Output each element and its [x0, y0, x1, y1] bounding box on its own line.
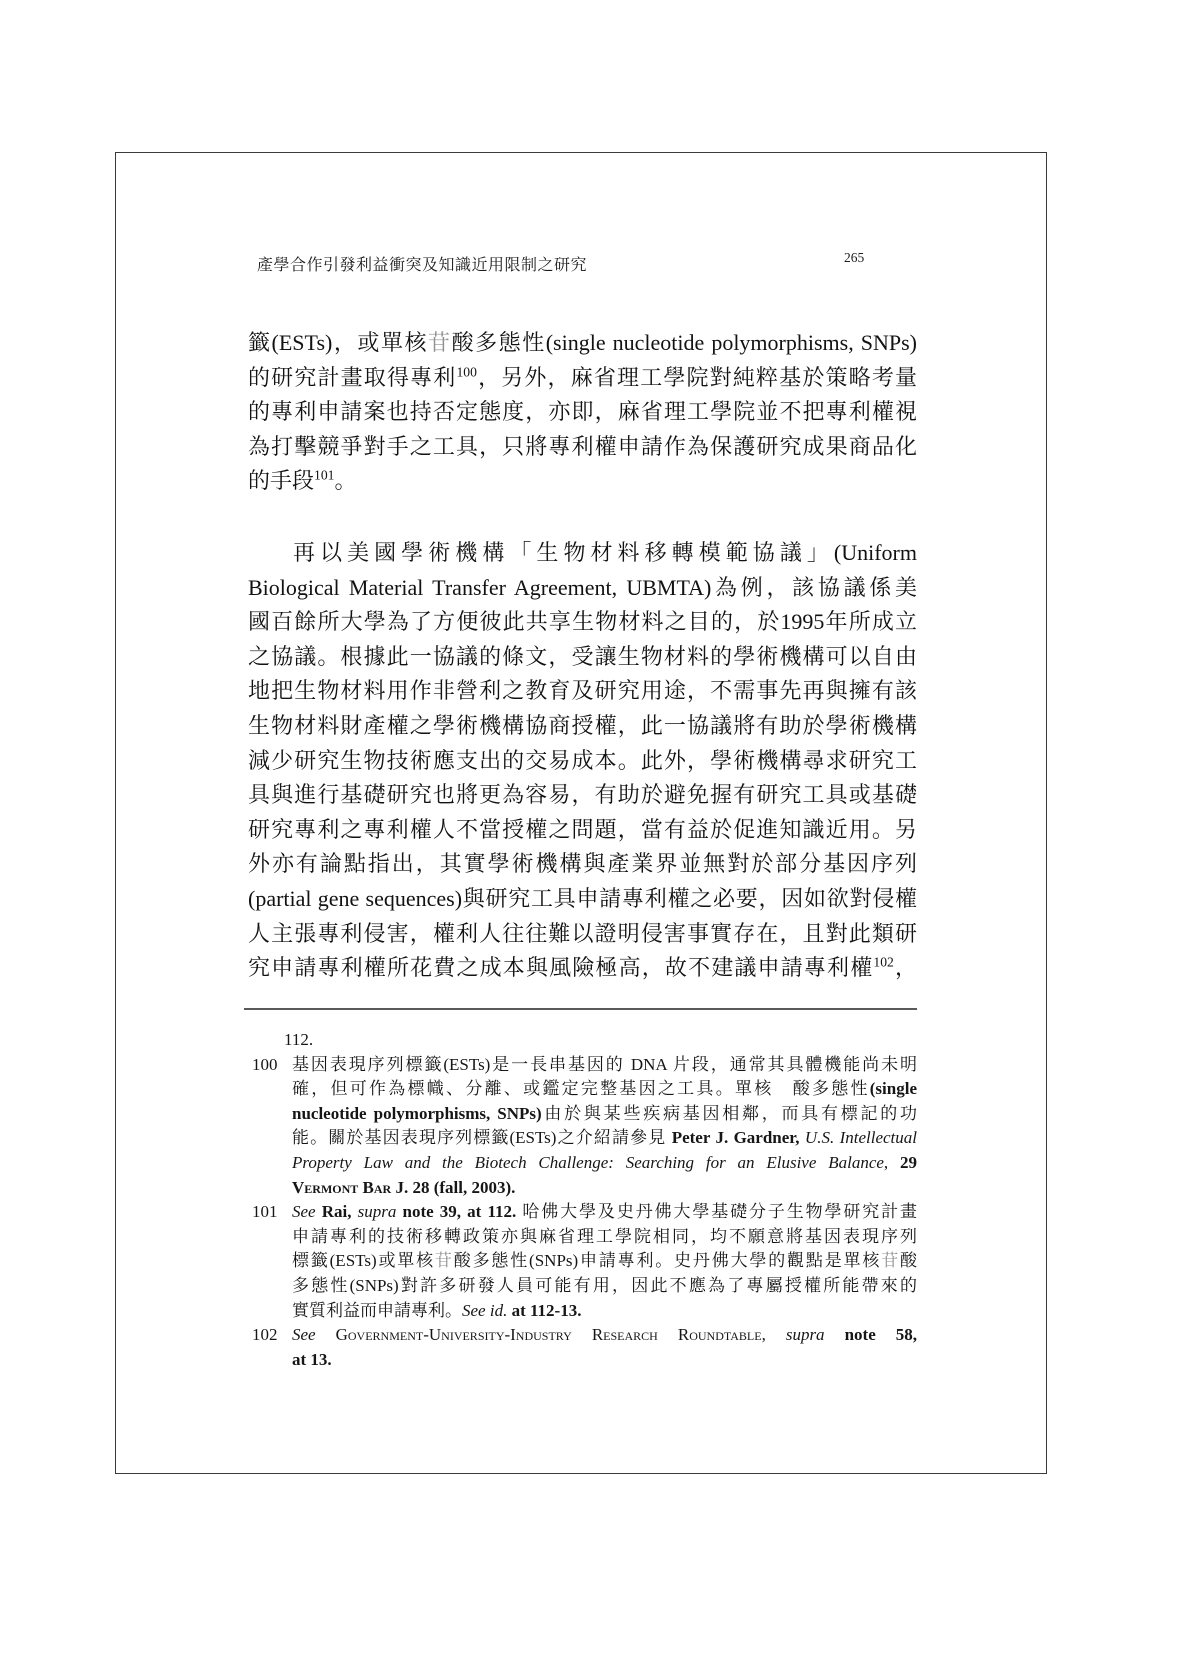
italic-text: supra: [358, 1202, 403, 1221]
text-segment: 籤(ESTs)，或單核: [248, 330, 428, 355]
body-line: 的手段101。: [248, 464, 917, 499]
small-caps-text: Government-University-Industry Research …: [336, 1325, 762, 1344]
body-line: 減少研究生物技術應支出的交易成本。此外，學術機構尋求研究工: [248, 744, 917, 779]
footnote-continuation: 112.: [252, 1028, 917, 1053]
faint-glyph: 苷: [428, 330, 452, 355]
footnote-line: 能。關於基因表現序列標籤(ESTs)之介紹請參見 Peter J. Gardne…: [292, 1126, 917, 1151]
bold-text: 28 (fall, 2003).: [408, 1178, 515, 1197]
bold-text: (single: [870, 1079, 917, 1098]
text-segment: 申請專利的技術移轉政策亦與麻省理工學院相同，均不願意將基因表現序列: [292, 1227, 917, 1246]
body-line: 的專利申請案也持否定態度，亦即，麻省理工學院並不把專利權視: [248, 395, 917, 430]
footnote-line: 多態性(SNPs)對許多研發人員可能有用，因此不應為了專屬授權所能帶來的: [292, 1274, 917, 1299]
text-segment: 人主張專利侵害，權利人往往難以證明侵害事實存在，且對此類研: [248, 921, 917, 946]
body-line: 研究專利之專利權人不當授權之問題，當有益於促進知識近用。另: [248, 813, 917, 848]
body-line: Biological Material Transfer Agreement, …: [248, 571, 917, 606]
text-segment: ,: [762, 1325, 786, 1344]
faint-glyph: 苷: [435, 1251, 454, 1270]
footnote-line: See Rai, supra note 39, at 112. 哈佛大學及史丹佛…: [292, 1200, 917, 1225]
text-segment: 多態性(SNPs)對許多研發人員可能有用，因此不應為了專屬授權所能帶來的: [292, 1276, 917, 1295]
text-segment: 的專利申請案也持否定態度，亦即，麻省理工學院並不把專利權視: [248, 399, 917, 424]
text-segment: 標籤(ESTs)或單核: [292, 1251, 435, 1270]
bold-text: at 13.: [292, 1350, 332, 1369]
text-segment: 之協議。根據此一協議的條文，受讓生物材料的學術機構可以自由: [248, 644, 917, 669]
text-segment: ，: [894, 955, 917, 980]
body-paragraph-2: 再以美國學術機構「生物材料移轉模範協議」(UniformBiological M…: [248, 536, 917, 986]
text-segment: 基因表現序列標籤(ESTs)是一長串基因的 DNA 片段，通常其具體機能尚未明: [292, 1055, 917, 1074]
footnote-number: 101: [252, 1200, 292, 1323]
bold-text: at 112-13.: [512, 1301, 582, 1320]
footnote-line: See Government-University-Industry Resea…: [292, 1323, 917, 1348]
body-line: 具與進行基礎研究也將更為容易，有助於避免握有研究工具或基礎: [248, 778, 917, 813]
text-segment: (partial gene sequences)與研究工具申請專利權之必要，因如…: [248, 886, 917, 911]
bold-text: Peter J. Gardner,: [672, 1128, 805, 1147]
footnote-text: See Rai, supra note 39, at 112. 哈佛大學及史丹佛…: [292, 1200, 917, 1323]
footnote-100: 100 基因表現序列標籤(ESTs)是一長串基因的 DNA 片段，通常其具體機能…: [252, 1053, 917, 1201]
footnote-102: 102 See Government-University-Industry R…: [252, 1323, 917, 1372]
footnote-ref: 102: [873, 955, 893, 970]
body-paragraph-1: 籤(ESTs)，或單核苷酸多態性(single nucleotide polym…: [248, 326, 917, 499]
body-line: 之協議。根據此一協議的條文，受讓生物材料的學術機構可以自由: [248, 640, 917, 675]
text-segment: 生物材料財產權之學術機構協商授權，此一協議將有助於學術機構: [248, 713, 917, 738]
italic-text: See id.: [462, 1301, 507, 1320]
footnote-text: See Government-University-Industry Resea…: [292, 1323, 917, 1372]
bold-text: 29: [900, 1153, 917, 1172]
text-segment: 再以美國學術機構「生物材料移轉模範協議」(Uniform: [293, 540, 917, 565]
body-line: 人主張專利侵害，權利人往往難以證明侵害事實存在，且對此類研: [248, 917, 917, 952]
text-segment: Biological Material Transfer Agreement, …: [248, 575, 917, 600]
italic-text: See: [292, 1325, 336, 1344]
text-segment: ,: [884, 1153, 900, 1172]
bold-text: Rai,: [322, 1202, 358, 1221]
footnote-ref: 100: [456, 364, 476, 379]
bold-text: note 39, at 112.: [403, 1202, 517, 1221]
footnote-number: 102: [252, 1323, 292, 1372]
footnote-text: 基因表現序列標籤(ESTs)是一長串基因的 DNA 片段，通常其具體機能尚未明確…: [292, 1053, 917, 1201]
text-segment: 酸: [900, 1251, 917, 1270]
footnote-line: 基因表現序列標籤(ESTs)是一長串基因的 DNA 片段，通常其具體機能尚未明: [292, 1053, 917, 1078]
body-line: 生物材料財產權之學術機構協商授權，此一協議將有助於學術機構: [248, 709, 917, 744]
small-caps-text: Vermont Bar J.: [292, 1178, 408, 1197]
text-segment: 國百餘所大學為了方便彼此共享生物材料之目的，於1995年所成立: [248, 609, 917, 634]
text-segment: 實質利益而申請專利。: [292, 1301, 462, 1320]
text-segment: 酸多態性(SNPs)申請專利。史丹佛大學的觀點是單核: [454, 1251, 881, 1270]
footnote-line: 確，但可作為標幟、分離、或鑑定完整基因之工具。單核 酸多態性(single: [292, 1077, 917, 1102]
body-line: 再以美國學術機構「生物材料移轉模範協議」(Uniform: [248, 536, 917, 571]
body-line: 的研究計畫取得專利100，另外，麻省理工學院對純粹基於策略考量: [248, 361, 917, 396]
italic-text: See: [292, 1202, 322, 1221]
text-segment: 為打擊競爭對手之工具，只將專利權申請作為保護研究成果商品化: [248, 434, 917, 459]
footnote-ref: 101: [314, 468, 334, 483]
body-line: 外亦有論點指出，其實學術機構與產業界並無對於部分基因序列: [248, 847, 917, 882]
body-line: 為打擊競爭對手之工具，只將專利權申請作為保護研究成果商品化: [248, 430, 917, 465]
body-line: (partial gene sequences)與研究工具申請專利權之必要，因如…: [248, 882, 917, 917]
footnote-separator-rule: [244, 1008, 917, 1010]
footnotes-section: 112. 100 基因表現序列標籤(ESTs)是一長串基因的 DNA 片段，通常…: [252, 1028, 917, 1372]
body-line: 究申請專利權所花費之成本與風險極高，故不建議申請專利權102，: [248, 951, 917, 986]
footnote-number: 100: [252, 1053, 292, 1201]
page-number: 265: [844, 250, 864, 266]
footnote-line: at 13.: [292, 1348, 917, 1373]
body-line: 國百餘所大學為了方便彼此共享生物材料之目的，於1995年所成立: [248, 605, 917, 640]
text-segment: 由於與某些疾病基因相鄰，而具有標記的功: [542, 1104, 917, 1123]
text-segment: 酸多態性(single nucleotide polymorphisms, SN…: [452, 330, 917, 355]
bold-text: note 58,: [845, 1325, 917, 1344]
footnote-line: nucleotide polymorphisms, SNPs)由於與某些疾病基因…: [292, 1102, 917, 1127]
footnote-line: Vermont Bar J. 28 (fall, 2003).: [292, 1176, 917, 1201]
bold-text: nucleotide polymorphisms, SNPs): [292, 1104, 542, 1123]
text-segment: 能。關於基因表現序列標籤(ESTs)之介紹請參見: [292, 1128, 672, 1147]
text-segment: 。: [334, 468, 356, 493]
body-line: 地把生物材料用作非營利之教育及研究用途，不需事先再與擁有該: [248, 674, 917, 709]
text-segment: 研究專利之專利權人不當授權之問題，當有益於促進知識近用。另: [248, 817, 917, 842]
footnote-101: 101 See Rai, supra note 39, at 112. 哈佛大學…: [252, 1200, 917, 1323]
text-segment: 的研究計畫取得專利: [248, 365, 456, 390]
text-segment: 究申請專利權所花費之成本與風險極高，故不建議申請專利權: [248, 955, 873, 980]
text-segment: 具與進行基礎研究也將更為容易，有助於避免握有研究工具或基礎: [248, 782, 917, 807]
faint-glyph: 苷: [881, 1251, 900, 1270]
text-segment: ，另外，麻省理工學院對純粹基於策略考量: [477, 365, 917, 390]
italic-text: U.S. Intellectual: [805, 1128, 917, 1147]
text-segment: 確，但可作為標幟、分離、或鑑定完整基因之工具。單核 酸多態性: [292, 1079, 870, 1098]
body-line: 籤(ESTs)，或單核苷酸多態性(single nucleotide polym…: [248, 326, 917, 361]
running-header-title: 產學合作引發利益衝突及知識近用限制之研究: [257, 256, 587, 276]
text-segment: 哈佛大學及史丹佛大學基礎分子生物學研究計畫: [516, 1202, 917, 1221]
footnote-line: 申請專利的技術移轉政策亦與麻省理工學院相同，均不願意將基因表現序列: [292, 1225, 917, 1250]
document-page: 產學合作引發利益衝突及知識近用限制之研究 265 籤(ESTs)，或單核苷酸多態…: [0, 0, 1177, 1664]
body-text: 籤(ESTs)，或單核苷酸多態性(single nucleotide polym…: [248, 326, 917, 986]
footnote-line: Property Law and the Biotech Challenge: …: [292, 1151, 917, 1176]
footnote-line: 實質利益而申請專利。See id. at 112-13.: [292, 1299, 917, 1324]
text-segment: 外亦有論點指出，其實學術機構與產業界並無對於部分基因序列: [248, 851, 917, 876]
text-segment: 地把生物材料用作非營利之教育及研究用途，不需事先再與擁有該: [248, 678, 917, 703]
text-segment: 減少研究生物技術應支出的交易成本。此外，學術機構尋求研究工: [248, 748, 917, 773]
italic-text: Property Law and the Biotech Challenge: …: [292, 1153, 884, 1172]
text-segment: 的手段: [248, 468, 314, 493]
italic-text: supra: [786, 1325, 845, 1344]
footnote-line: 標籤(ESTs)或單核苷酸多態性(SNPs)申請專利。史丹佛大學的觀點是單核苷酸: [292, 1249, 917, 1274]
